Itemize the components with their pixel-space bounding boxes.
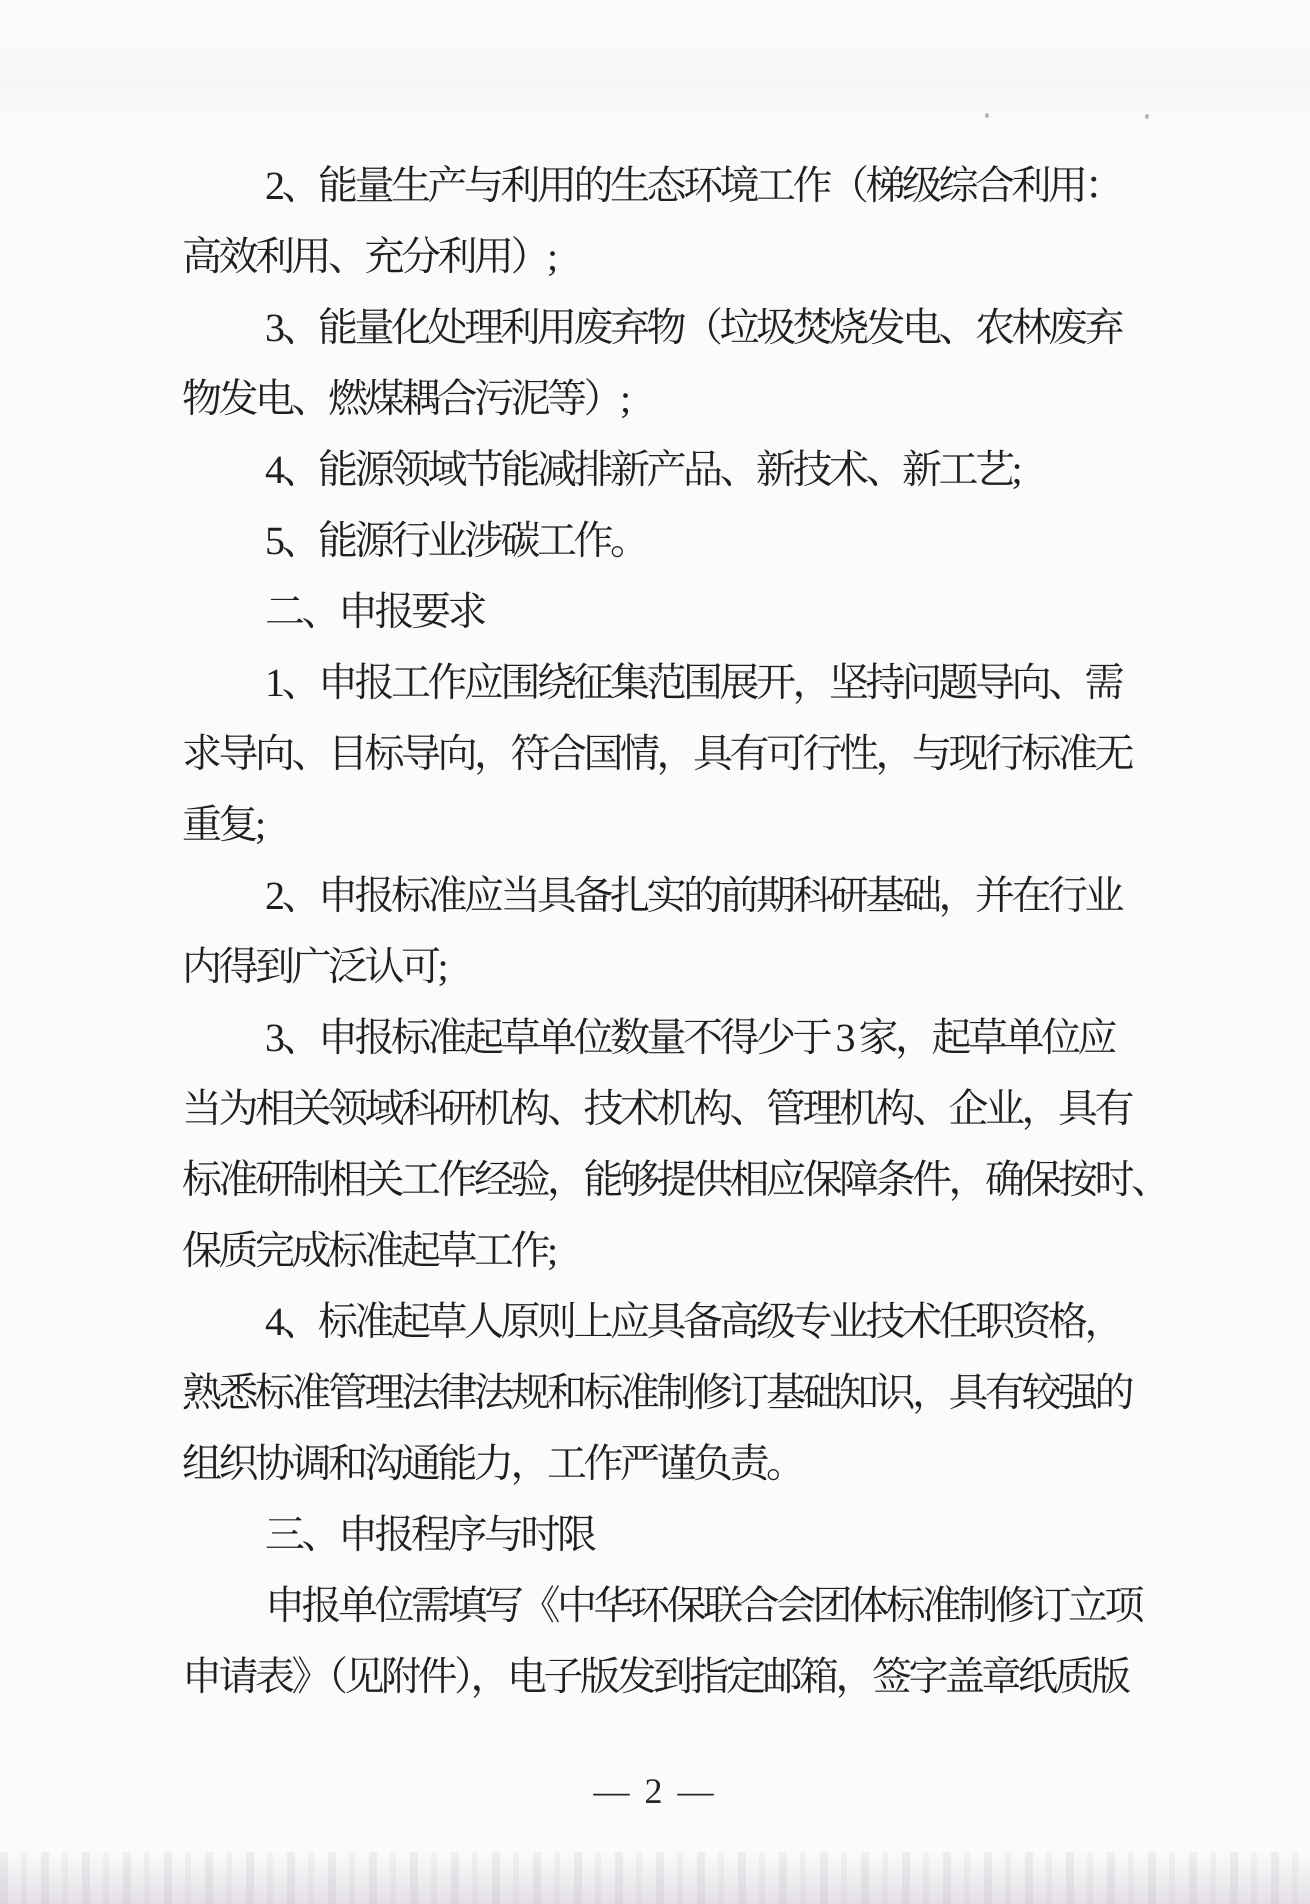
scan-speck [985, 113, 989, 118]
text-line: 2、能量生产与利用的生态环境工作（梯级综合利用： [182, 150, 1132, 221]
scan-speck [1145, 114, 1149, 119]
text-line: 3、申报标准起草单位数量不得少于 3 家，起草单位应 [182, 1002, 1132, 1073]
text-line: 4、能源领域节能减排新产品、新技术、新工艺; [182, 434, 1132, 505]
page-number: — 2 — [0, 1756, 1310, 1826]
text-line: 高效利用、充分利用）; [182, 221, 1132, 292]
text-line: 求导向、目标导向，符合国情，具有可行性，与现行标准无 [182, 718, 1132, 789]
text-line: 4、标准起草人原则上应具备高级专业技术任职资格， [182, 1286, 1132, 1357]
text-line: 申报单位需填写《中华环保联合会团体标准制修订立项 [182, 1570, 1132, 1641]
text-line: 二、申报要求 [182, 576, 1132, 647]
text-line: 保质完成标准起草工作; [182, 1215, 1132, 1286]
text-line: 标准研制相关工作经验，能够提供相应保障条件，确保按时、 [182, 1144, 1132, 1215]
text-line: 申请表》（见附件），电子版发到指定邮箱，签字盖章纸质版 [182, 1641, 1132, 1712]
text-line: 3、能量化处理利用废弃物（垃圾焚烧发电、农林废弃 [182, 292, 1132, 363]
text-line: 2、申报标准应当具备扎实的前期科研基础，并在行业 [182, 860, 1132, 931]
document-page: 2、能量生产与利用的生态环境工作（梯级综合利用：高效利用、充分利用）;3、能量化… [0, 0, 1310, 1904]
text-line: 当为相关领域科研机构、技术机构、管理机构、企业，具有 [182, 1073, 1132, 1144]
text-line: 三、申报程序与时限 [182, 1499, 1132, 1570]
scan-noise-strip [0, 1852, 1310, 1904]
document-body: 2、能量生产与利用的生态环境工作（梯级综合利用：高效利用、充分利用）;3、能量化… [182, 150, 1132, 1712]
text-line: 熟悉标准管理法律法规和标准制修订基础知识，具有较强的 [182, 1357, 1132, 1428]
text-line: 内得到广泛认可; [182, 931, 1132, 1002]
text-line: 组织协调和沟通能力，工作严谨负责。 [182, 1428, 1132, 1499]
text-line: 重复; [182, 789, 1132, 860]
text-line: 5、能源行业涉碳工作。 [182, 505, 1132, 576]
text-line: 物发电、燃煤耦合污泥等）; [182, 363, 1132, 434]
text-line: 1、申报工作应围绕征集范围展开，坚持问题导向、需 [182, 647, 1132, 718]
scan-haze [0, 30, 1310, 130]
